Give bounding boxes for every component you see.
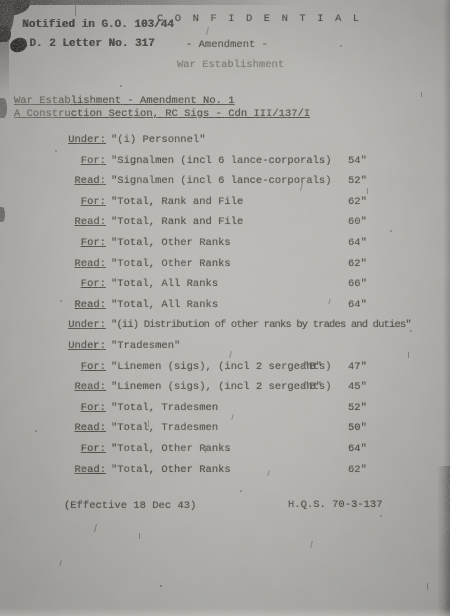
scan-hair-mark	[59, 560, 61, 566]
amendment-row: Under:"(ii) Distribution of other ranks …	[0, 316, 450, 337]
document-title-line1: War Establishment - Amendment No. 1	[14, 95, 310, 108]
row-label: Read:	[0, 464, 106, 476]
row-text: "Total, All Ranks	[111, 299, 218, 311]
row-value: 64"	[348, 443, 367, 455]
scan-hair-mark	[94, 341, 95, 347]
row-label: Under:	[0, 319, 106, 331]
amendment-row: For:"Total, Other Ranks64"	[0, 440, 450, 461]
row-text: "Linemen (sigs), (incl 2 sergeants)	[111, 381, 332, 393]
amendment-row: For:"Total, All Ranks66"	[0, 275, 450, 296]
row-label: For:	[0, 361, 106, 373]
row-group: "B"	[303, 361, 322, 373]
file-reference: H.Q.S. 70-3-137	[288, 499, 383, 511]
row-value: 60"	[348, 216, 367, 228]
row-label: For:	[0, 237, 106, 249]
row-value: 50"	[348, 422, 367, 434]
scan-hair-mark	[367, 188, 368, 194]
scan-hair-mark	[427, 583, 428, 590]
amendment-row: Read:"Total, Other Ranks62"	[0, 255, 450, 276]
row-label: Read:	[0, 422, 106, 434]
row-label: Read:	[0, 175, 106, 187]
row-value: 52"	[348, 402, 367, 414]
row-value: 45"	[348, 381, 367, 393]
amendment-row: Read:"Total, Tradesmen50"	[0, 419, 450, 440]
scan-hair-mark	[148, 420, 149, 427]
row-text: "Total, Tradesmen	[111, 422, 218, 434]
notified-line: Notified in G.O. 103/44	[22, 19, 174, 31]
row-value: 54"	[348, 155, 367, 167]
amendment-row: For:"Total, Rank and File62"	[0, 193, 450, 214]
classification-stamp: C O N F I D E N T I A L	[157, 13, 362, 25]
scan-hair-mark	[408, 352, 409, 358]
effective-date: (Effective 18 Dec 43)	[64, 500, 196, 512]
amendment-row: For:"Signalmen (incl 6 lance-corporals)5…	[0, 152, 450, 173]
amendment-row: Read:"Total, All Ranks64"	[0, 296, 450, 317]
row-text: "Linemen (sigs), (incl 2 sergeants)	[111, 361, 332, 373]
amendment-row: For:"Total, Other Ranks64"	[0, 234, 450, 255]
row-label: Under:	[0, 340, 106, 352]
row-text: "Tradesmen"	[111, 340, 180, 352]
document-title-line2: A Construction Section, RC Sigs - Cdn II…	[14, 108, 310, 121]
row-text: "(i) Personnel"	[111, 134, 206, 146]
row-label: For:	[0, 402, 106, 414]
scan-hair-mark	[75, 5, 76, 16]
scan-edge-right-bottom	[437, 466, 450, 616]
amendment-row: Read:"Total, Other Ranks62"	[0, 461, 450, 482]
establishment-label: War Establishment	[177, 59, 284, 71]
row-value: 62"	[348, 258, 367, 270]
row-label: For:	[0, 196, 106, 208]
scan-dust-specks	[0, 0, 2, 2]
row-value: 47"	[348, 361, 367, 373]
row-label: For:	[0, 155, 106, 167]
row-value: 52"	[348, 175, 367, 187]
amendment-row: Read:"Total, Rank and File60"	[0, 213, 450, 234]
row-value: 62"	[348, 196, 367, 208]
amendment-row: Under:"Tradesmen"	[0, 337, 450, 358]
row-label: Read:	[0, 299, 106, 311]
row-label: For:	[0, 278, 106, 290]
row-text: "Signalmen (incl 6 lance-corporals)	[111, 175, 332, 187]
row-group: "B"	[303, 381, 322, 393]
amendment-label: - Amendment -	[186, 39, 268, 51]
amendment-row: Under:"(i) Personnel"	[0, 131, 450, 152]
row-value: 64"	[348, 237, 367, 249]
row-label: Read:	[0, 216, 106, 228]
amendment-row: For:"Total, Tradesmen52"	[0, 399, 450, 420]
row-label: Read:	[0, 258, 106, 270]
amendment-row: Read:"Linemen (sigs), (incl 2 sergeants)…	[0, 378, 450, 399]
row-label: Read:	[0, 381, 106, 393]
row-text: "Total, Other Ranks	[111, 443, 231, 455]
row-text: "Total, Rank and File	[111, 216, 243, 228]
row-text: "Total, Rank and File	[111, 196, 243, 208]
scan-hair-mark	[421, 92, 422, 97]
sd-letter-line: S.D. 2 Letter No. 317	[16, 38, 155, 50]
amendment-row: For:"Linemen (sigs), (incl 2 sergeants)"…	[0, 358, 450, 379]
row-value: 62"	[348, 464, 367, 476]
row-value: 66"	[348, 278, 367, 290]
document-title: War Establishment - Amendment No. 1 A Co…	[14, 95, 310, 120]
row-text: "Total, Other Ranks	[111, 464, 231, 476]
row-text: "(ii) Distribution of other ranks by tra…	[111, 319, 411, 331]
row-label: For:	[0, 443, 106, 455]
scan-hair-mark	[310, 541, 313, 548]
row-text: "Total, All Ranks	[111, 278, 218, 290]
row-text: "Total, Tradesmen	[111, 402, 218, 414]
row-text: "Total, Other Ranks	[111, 237, 231, 249]
amendment-rows: Under:"(i) Personnel" For:"Signalmen (in…	[0, 131, 450, 481]
scan-left-mark	[0, 98, 7, 118]
row-text: "Total, Other Ranks	[111, 258, 231, 270]
row-label: Under:	[0, 134, 106, 146]
scan-edge-bottom	[0, 608, 450, 616]
scan-hair-mark	[94, 524, 97, 532]
war-establishment-amendment-document: Notified in G.O. 103/44 S.D. 2 Letter No…	[0, 0, 450, 616]
amendment-row: Read:"Signalmen (incl 6 lance-corporals)…	[0, 172, 450, 193]
row-value: 64"	[348, 299, 367, 311]
scan-hair-mark	[139, 533, 140, 539]
scan-hair-mark	[205, 446, 206, 453]
row-text: "Signalmen (incl 6 lance-corporals)	[111, 155, 332, 167]
